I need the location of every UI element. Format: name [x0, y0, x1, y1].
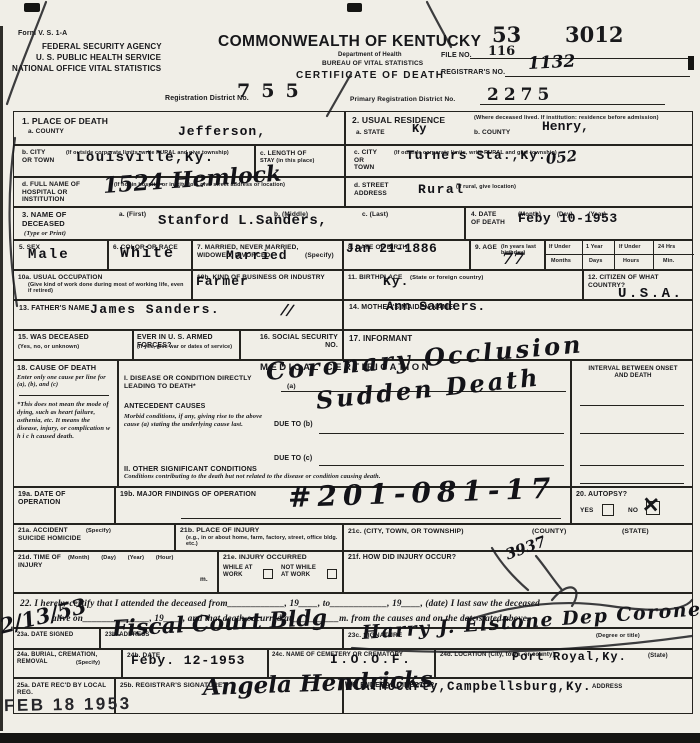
res-city-code-hand: 052	[545, 147, 578, 168]
disease-label: I. DISEASE OR CONDITION DIRECTLY LEADING…	[124, 375, 274, 391]
cause-footnote: *This does not mean the mode of dying, s…	[17, 401, 113, 441]
birthplace-value: Ky.	[383, 274, 409, 289]
not-at-work-checkbox	[327, 569, 337, 579]
name-title: 3. NAME OF DECEASED	[22, 211, 88, 229]
res-state-value: Ky	[412, 122, 426, 136]
pod-city-label: b. CITY OR TOWN	[22, 149, 56, 164]
cause-title: 18. CAUSE OF DEATH	[17, 364, 96, 373]
autopsy-yes-label: YES	[580, 507, 593, 515]
name-note: (Type or Print)	[24, 230, 66, 238]
burial-type-note: (Specify)	[76, 660, 100, 666]
occupation-label: 10a. USUAL OCCUPATION	[18, 274, 102, 282]
at-work-checkbox	[263, 569, 273, 579]
dept-of-health: Department of Health	[338, 52, 402, 59]
cell-time-of-injury: 21d. TIME OF INJURY (Month) (Day) (Year)…	[13, 551, 218, 593]
age-col-head: 1 Year	[586, 244, 603, 250]
cell-accident-suicide: 21a. ACCIDENT SUICIDE HOMICIDE (Specify)	[13, 524, 175, 551]
findings-line	[181, 518, 561, 519]
occupation-note: (Give kind of work done during most of w…	[28, 282, 186, 295]
autopsy-label: 20. AUTOPSY?	[576, 491, 627, 499]
cell-armed-forces: EVER IN U. S. ARMED FORCES? (If yes, giv…	[133, 330, 240, 360]
pod-county-label: a. COUNTY	[28, 128, 64, 136]
name-first-label: a. (First)	[119, 211, 146, 219]
cell-usual-residence: 2. USUAL RESIDENCE (Where deceased lived…	[345, 111, 693, 145]
burial-date-value: Feby. 12-1953	[131, 653, 245, 668]
file-no-value: 116	[488, 44, 515, 59]
interval-label: INTERVAL BETWEEN ONSET AND DEATH	[582, 365, 684, 380]
not-at-work-label: NOT WHILE AT WORK	[281, 565, 325, 579]
cell-age-subboxes: If Under Months 1 Year Days If Under Hou…	[545, 240, 693, 270]
death-certificate-scan: Form V. S. 1-A FEDERAL SECURITY AGENCY U…	[0, 0, 700, 743]
age-col-months: If Under Months	[546, 241, 583, 271]
father-label: 13. FATHER'S NAME	[19, 305, 90, 313]
res-city-label: c. CITY OR TOWN	[354, 149, 384, 172]
line-c	[319, 465, 564, 466]
cell-injury-occurred: 21e. INJURY OCCURRED WHILE AT WORK NOT W…	[218, 551, 343, 593]
armed-forces-note-2: (If yes, give war or dates of service)	[137, 344, 232, 350]
cell-date-of-operation: 19a. DATE OF OPERATION	[13, 487, 115, 524]
primary-district-label: Primary Registration District No.	[350, 96, 455, 104]
street-note: (If rural, give location)	[456, 184, 556, 190]
agency-line-3: NATIONAL OFFICE VITAL STATISTICS	[12, 64, 161, 73]
cause-enter-note: Enter only one cause per line for (a), (…	[17, 374, 113, 389]
hospital-label: d. FULL NAME OF HOSPITAL OR INSTITUTION	[22, 181, 108, 204]
res-city-value: Turners Sta.,Ky.	[406, 148, 547, 163]
at-work-label: WHILE AT WORK	[223, 565, 259, 579]
scan-bottom-bar	[0, 733, 700, 743]
agency-line-2: U. S. PUBLIC HEALTH SERVICE	[36, 53, 161, 62]
cell-was-deceased: 15. WAS DECEASED (Yes, no, or unknown)	[13, 330, 133, 360]
injury-occurred-label: 21e. INJURY OCCURRED	[223, 554, 307, 562]
interval-line	[580, 483, 684, 484]
stay-label: c. LENGTH OF	[260, 150, 307, 158]
age-value-hand: 77	[502, 249, 524, 268]
morbid-note: Morbid conditions, if any, giving rise t…	[124, 413, 272, 429]
cemetery-state-label: (State)	[648, 653, 668, 660]
ssn-label: 16. SOCIAL SECURITY NO.	[245, 334, 338, 351]
street-label: d. STREET ADDRESS	[354, 182, 400, 197]
commonwealth-title: COMMONWEALTH OF KENTUCKY	[218, 33, 481, 51]
race-value: White	[120, 245, 175, 262]
how-injury-label: 21f. HOW DID INJURY OCCUR?	[348, 554, 456, 562]
marital-value: Married	[226, 248, 288, 263]
age-col-head: If Under	[549, 244, 571, 250]
interval-line	[580, 433, 684, 434]
date-of-death-value: Feby 10-1953	[518, 211, 618, 226]
primary-district-value: 2275	[487, 85, 554, 105]
res-county-label: b. COUNTY	[474, 129, 510, 137]
armed-forces-label-1: 15. WAS DECEASED	[18, 334, 89, 342]
pod-city-value: Louisville,Ky.	[76, 150, 215, 166]
autopsy-no-x-mark: ✕	[641, 492, 660, 518]
signature-note: (Degree or title)	[596, 633, 640, 640]
cell-birthplace: 11. BIRTHPLACE (State or foreign country…	[343, 270, 583, 300]
age-col-foot: Hours	[623, 258, 639, 264]
injury-time-m: m.	[200, 576, 208, 584]
sex-value: Male	[28, 247, 70, 263]
findings-label: 19b. MAJOR FINDINGS OF OPERATION	[120, 491, 256, 499]
county-value: Jefferson,	[178, 124, 266, 139]
bureau-line: BUREAU OF VITAL STATISTICS	[322, 60, 423, 68]
autopsy-no-label: NO	[628, 507, 638, 515]
burial-type-label: 24a. BURIAL, CREMATION, REMOVAL	[17, 652, 115, 666]
cell-place-of-injury: 21b. PLACE OF INJURY (e.g., in or about …	[175, 524, 343, 551]
registrar-no-value: 1132	[527, 52, 575, 74]
disease-a-tag: (a)	[287, 383, 296, 391]
birthplace-note: (State or foreign country)	[410, 275, 483, 282]
cell-autopsy: 20. AUTOPSY? YES NO ✕	[571, 487, 693, 524]
age-label: 9. AGE	[475, 244, 497, 252]
registrar-no-label: REGISTRAR'S NO.	[441, 69, 505, 77]
residence-title: 2. USUAL RESIDENCE	[352, 115, 445, 125]
injury-place-label: 21b. PLACE OF INJURY	[180, 527, 259, 535]
cell-cause-of-death-left: 18. CAUSE OF DEATH Enter only one cause …	[13, 360, 118, 487]
res-county-value: Henry,	[542, 119, 589, 134]
interval-line	[580, 405, 684, 406]
place-of-death-title: 1. PLACE OF DEATH	[22, 116, 108, 126]
agency-line-1: FEDERAL SECURITY AGENCY	[42, 42, 162, 51]
age-col-foot: Min.	[663, 258, 674, 264]
age-col-foot: Months	[551, 258, 571, 264]
date-signed-label: 23a. DATE SIGNED	[17, 632, 73, 639]
injury-time-cols: (Month) (Day) (Year) (Hour)	[68, 555, 174, 562]
interval-line	[580, 465, 684, 466]
age-col-days: 1 Year Days	[583, 241, 615, 271]
mother-value: Ann Sanders.	[386, 299, 486, 314]
age-col-foot: Days	[589, 258, 603, 264]
injury-state-label: (STATE)	[622, 528, 649, 536]
age-col-head: 24 Hrs	[658, 244, 675, 250]
due-to-b-label: DUE TO (b)	[274, 421, 313, 429]
scan-mark	[688, 56, 694, 70]
line-b	[319, 433, 564, 434]
injury-place-note: (e.g., in or about home, farm, factory, …	[186, 535, 338, 548]
injury-city-label: 21c. (CITY, TOWN, OR TOWNSHIP)	[348, 528, 464, 536]
age-col-min: 24 Hrs Min.	[654, 241, 694, 271]
deceased-name-value: Stanford L.Sanders,	[158, 213, 327, 229]
citizen-value: U.S.A.	[618, 286, 683, 302]
date-of-birth-value: Jan 21-1886	[346, 241, 437, 256]
marital-note: (Specify)	[305, 252, 334, 260]
dod-label: 4. DATE OF DEATH	[471, 211, 505, 226]
father-value: James Sanders.	[90, 302, 220, 317]
form-number: Form V. S. 1-A	[18, 30, 67, 38]
autopsy-yes-checkbox	[602, 504, 614, 516]
cell-usual-occupation: 10a. USUAL OCCUPATION (Give kind of work…	[13, 270, 192, 300]
cell-street-address: d. STREET ADDRESS (If rural, give locati…	[345, 177, 693, 207]
registration-district-value: 755	[237, 80, 310, 102]
cemetery-location-value: Port Royal,Ky.	[512, 650, 627, 664]
armed-forces-note-1: (Yes, no, or unknown)	[18, 344, 79, 351]
file-stamp-right: 3012	[565, 22, 623, 47]
scan-mark	[347, 3, 362, 12]
due-to-c-label: DUE TO (c)	[274, 455, 312, 463]
cell-interval-onset: INTERVAL BETWEEN ONSET AND DEATH	[571, 360, 693, 487]
operation-date-label: 19a. DATE OF OPERATION	[18, 491, 106, 508]
res-state-label: a. STATE	[356, 129, 385, 137]
file-no-label: FILE NO.	[441, 52, 472, 60]
cell-burial-type: 24a. BURIAL, CREMATION, REMOVAL (Specify…	[13, 649, 122, 678]
name-last-label: c. (Last)	[362, 211, 388, 219]
cause-left-divider	[19, 395, 109, 396]
street-value: Rural	[418, 182, 465, 197]
accident-label: 21a. ACCIDENT SUICIDE HOMICIDE	[18, 527, 82, 542]
informant-label: 17. INFORMANT	[349, 334, 412, 343]
injury-time-label: 21d. TIME OF INJURY	[18, 554, 62, 569]
cemetery-value: I.O.O.F.	[330, 652, 412, 667]
business-value: Farmer	[196, 274, 249, 289]
certificate-title: CERTIFICATE OF DEATH	[296, 70, 445, 82]
antecedent-title: ANTECEDENT CAUSES	[124, 403, 206, 411]
accident-note: (Specify)	[86, 528, 111, 535]
funeral-director-address-label: ADDRESS	[592, 684, 622, 691]
age-col-head: If Under	[619, 244, 641, 250]
age-col-hours: If Under Hours	[615, 241, 654, 271]
received-date-stamp: FEB 18 1953	[4, 694, 132, 716]
scan-mark	[24, 3, 40, 12]
